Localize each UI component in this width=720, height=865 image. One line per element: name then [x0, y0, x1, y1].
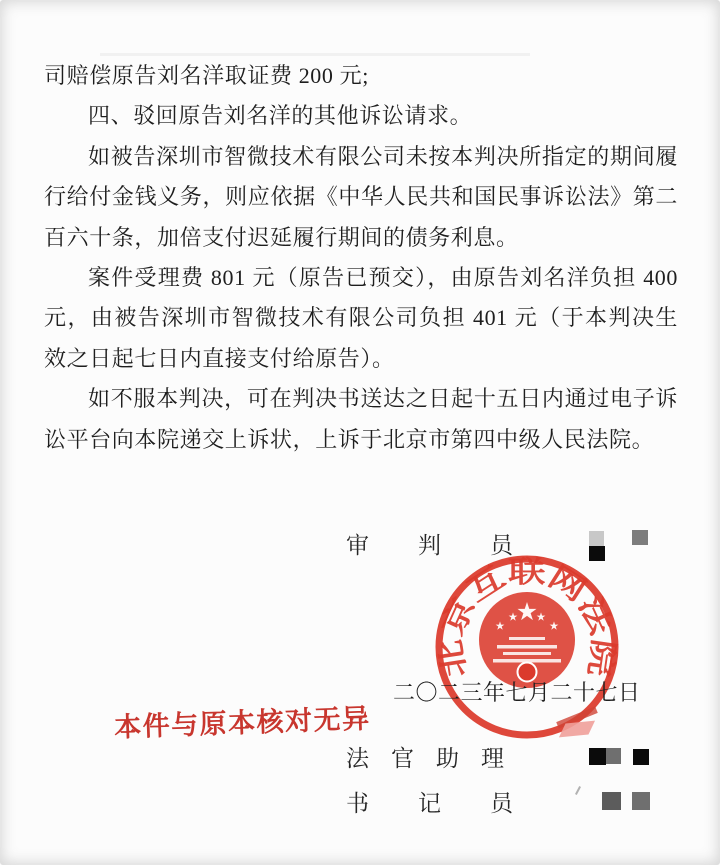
assistant-judge-label: 法官助理	[346, 740, 526, 773]
pen-tick-artifact	[575, 786, 581, 795]
redaction-block-judge-2	[589, 546, 605, 561]
verification-stamp-text: 本件与原本核对无异	[113, 697, 371, 745]
redaction-block-clerk-2	[632, 792, 650, 810]
paragraph: 案件受理费 801 元（原告已预交），由原告刘名洋负担 400 元，由被告深圳市…	[44, 258, 678, 379]
redaction-block-judge-3	[632, 530, 648, 545]
court-judgment-page: 司赔偿原告刘名洋取证费 200 元;四、驳回原告刘名洋的其他诉讼请求。如被告深圳…	[0, 0, 720, 865]
paragraph: 四、驳回原告刘名洋的其他诉讼请求。	[44, 96, 678, 136]
redaction-block-clerk-1	[602, 792, 621, 810]
paragraph: 如被告深圳市智微技术有限公司未按本判决所指定的期间履行给付金钱义务，则应依据《中…	[44, 137, 678, 258]
judge-label: 审判员	[346, 527, 562, 560]
national-emblem-icon	[479, 592, 575, 688]
redaction-block-judge-1	[589, 531, 604, 546]
paragraph: 司赔偿原告刘名洋取证费 200 元;	[44, 56, 678, 96]
redaction-block-assistant-2	[606, 748, 621, 764]
judgment-date: 二〇二三年七月二十七日	[393, 676, 641, 707]
clerk-label: 书记员	[346, 785, 562, 818]
redaction-block-assistant-1	[589, 748, 606, 765]
redaction-block-assistant-3	[633, 749, 649, 765]
paragraph: 如不服本判决，可在判决书送达之日起十五日内通过电子诉讼平台向本院递交上诉状，上诉…	[44, 379, 678, 460]
document-body: 司赔偿原告刘名洋取证费 200 元;四、驳回原告刘名洋的其他诉讼请求。如被告深圳…	[44, 56, 678, 460]
